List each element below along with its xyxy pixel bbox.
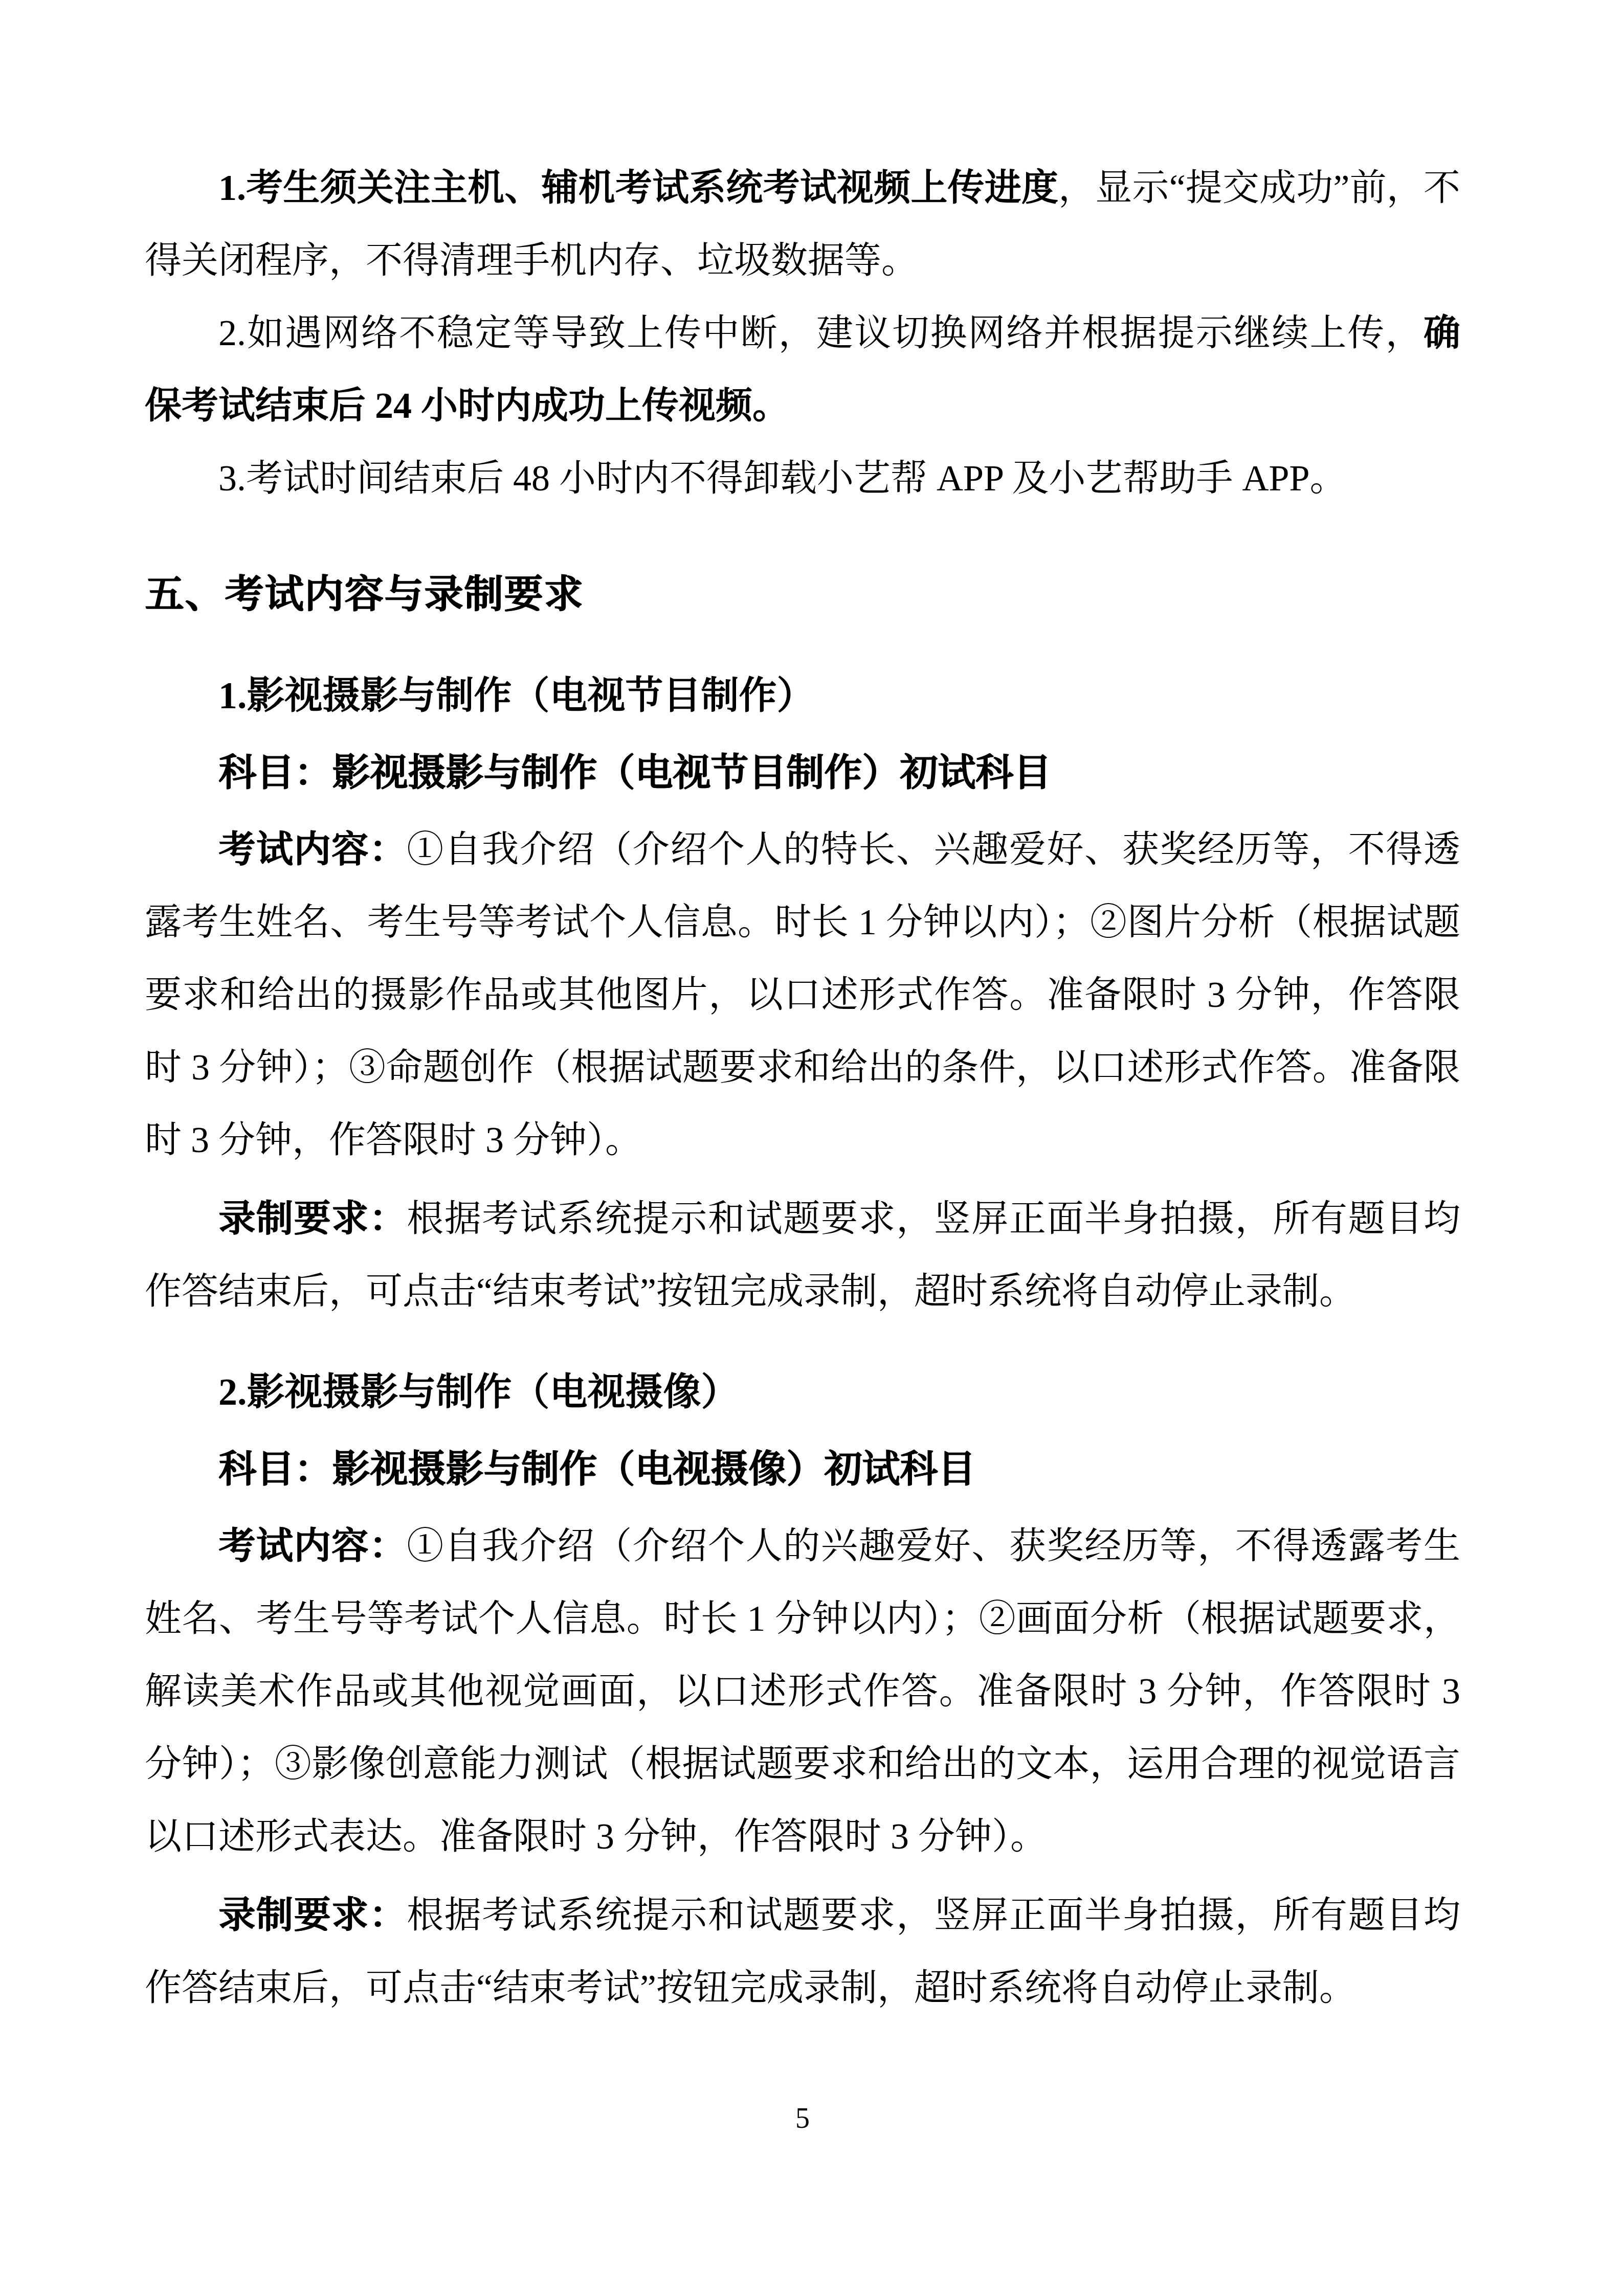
subsection-1-title: 1.影视摄影与制作（电视节目制作） <box>145 660 1460 732</box>
section-heading: 五、考试内容与录制要求 <box>145 558 1460 631</box>
subsection-1-exam-content: 考试内容：①自我介绍（介绍个人的特长、兴趣爱好、获奖经历等，不得透露考生姓名、考… <box>145 813 1460 1176</box>
subsection-1-record-requirement: 录制要求：根据考试系统提示和试题要求，竖屏正面半身拍摄，所有题目均作答结束后，可… <box>145 1182 1460 1327</box>
note-item-3: 3.考试时间结束后 48 小时内不得卸载小艺帮 APP 及小艺帮助手 APP。 <box>145 442 1460 514</box>
note-1-bold-text: 1.考生须关注主机、辅机考试系统考试视频上传进度 <box>218 167 1058 208</box>
subsection-1-subject: 科目：影视摄影与制作（电视节目制作）初试科目 <box>145 736 1460 809</box>
subsection-2-record-requirement: 录制要求：根据考试系统提示和试题要求，竖屏正面半身拍摄，所有题目均作答结束后，可… <box>145 1879 1460 2024</box>
note-item-2: 2.如遇网络不稳定等导致上传中断，建议切换网络并根据提示继续上传，确保考试结束后… <box>145 297 1460 442</box>
subsection-2-subject: 科目：影视摄影与制作（电视摄像）初试科目 <box>145 1433 1460 1505</box>
note-2-regular-text: 2.如遇网络不稳定等导致上传中断，建议切换网络并根据提示继续上传， <box>218 312 1423 353</box>
page-content: 1.考生须关注主机、辅机考试系统考试视频上传进度，显示“提交成功”前，不得关闭程… <box>145 0 1460 2024</box>
note-item-1: 1.考生须关注主机、辅机考试系统考试视频上传进度，显示“提交成功”前，不得关闭程… <box>145 151 1460 297</box>
subsection-2-exam-content: 考试内容：①自我介绍（介绍个人的兴趣爱好、获奖经历等，不得透露考生姓名、考生号等… <box>145 1510 1460 1873</box>
subsection-2-title: 2.影视摄影与制作（电视摄像） <box>145 1356 1460 1429</box>
document-page: 1.考生须关注主机、辅机考试系统考试视频上传进度，显示“提交成功”前，不得关闭程… <box>0 0 1624 2296</box>
exam-content-label: 考试内容： <box>218 1525 407 1566</box>
note-3-regular-text: 3.考试时间结束后 48 小时内不得卸载小艺帮 APP 及小艺帮助手 APP。 <box>218 458 1347 499</box>
record-requirement-label: 录制要求： <box>218 1895 407 1935</box>
page-number: 5 <box>145 2101 1460 2136</box>
exam-content-text: ①自我介绍（介绍个人的兴趣爱好、获奖经历等，不得透露考生姓名、考生号等考试个人信… <box>145 1525 1460 1857</box>
exam-content-label: 考试内容： <box>218 829 407 870</box>
record-requirement-label: 录制要求： <box>218 1198 407 1239</box>
exam-content-text: ①自我介绍（介绍个人的特长、兴趣爱好、获奖经历等，不得透露考生姓名、考生号等考试… <box>145 829 1460 1160</box>
